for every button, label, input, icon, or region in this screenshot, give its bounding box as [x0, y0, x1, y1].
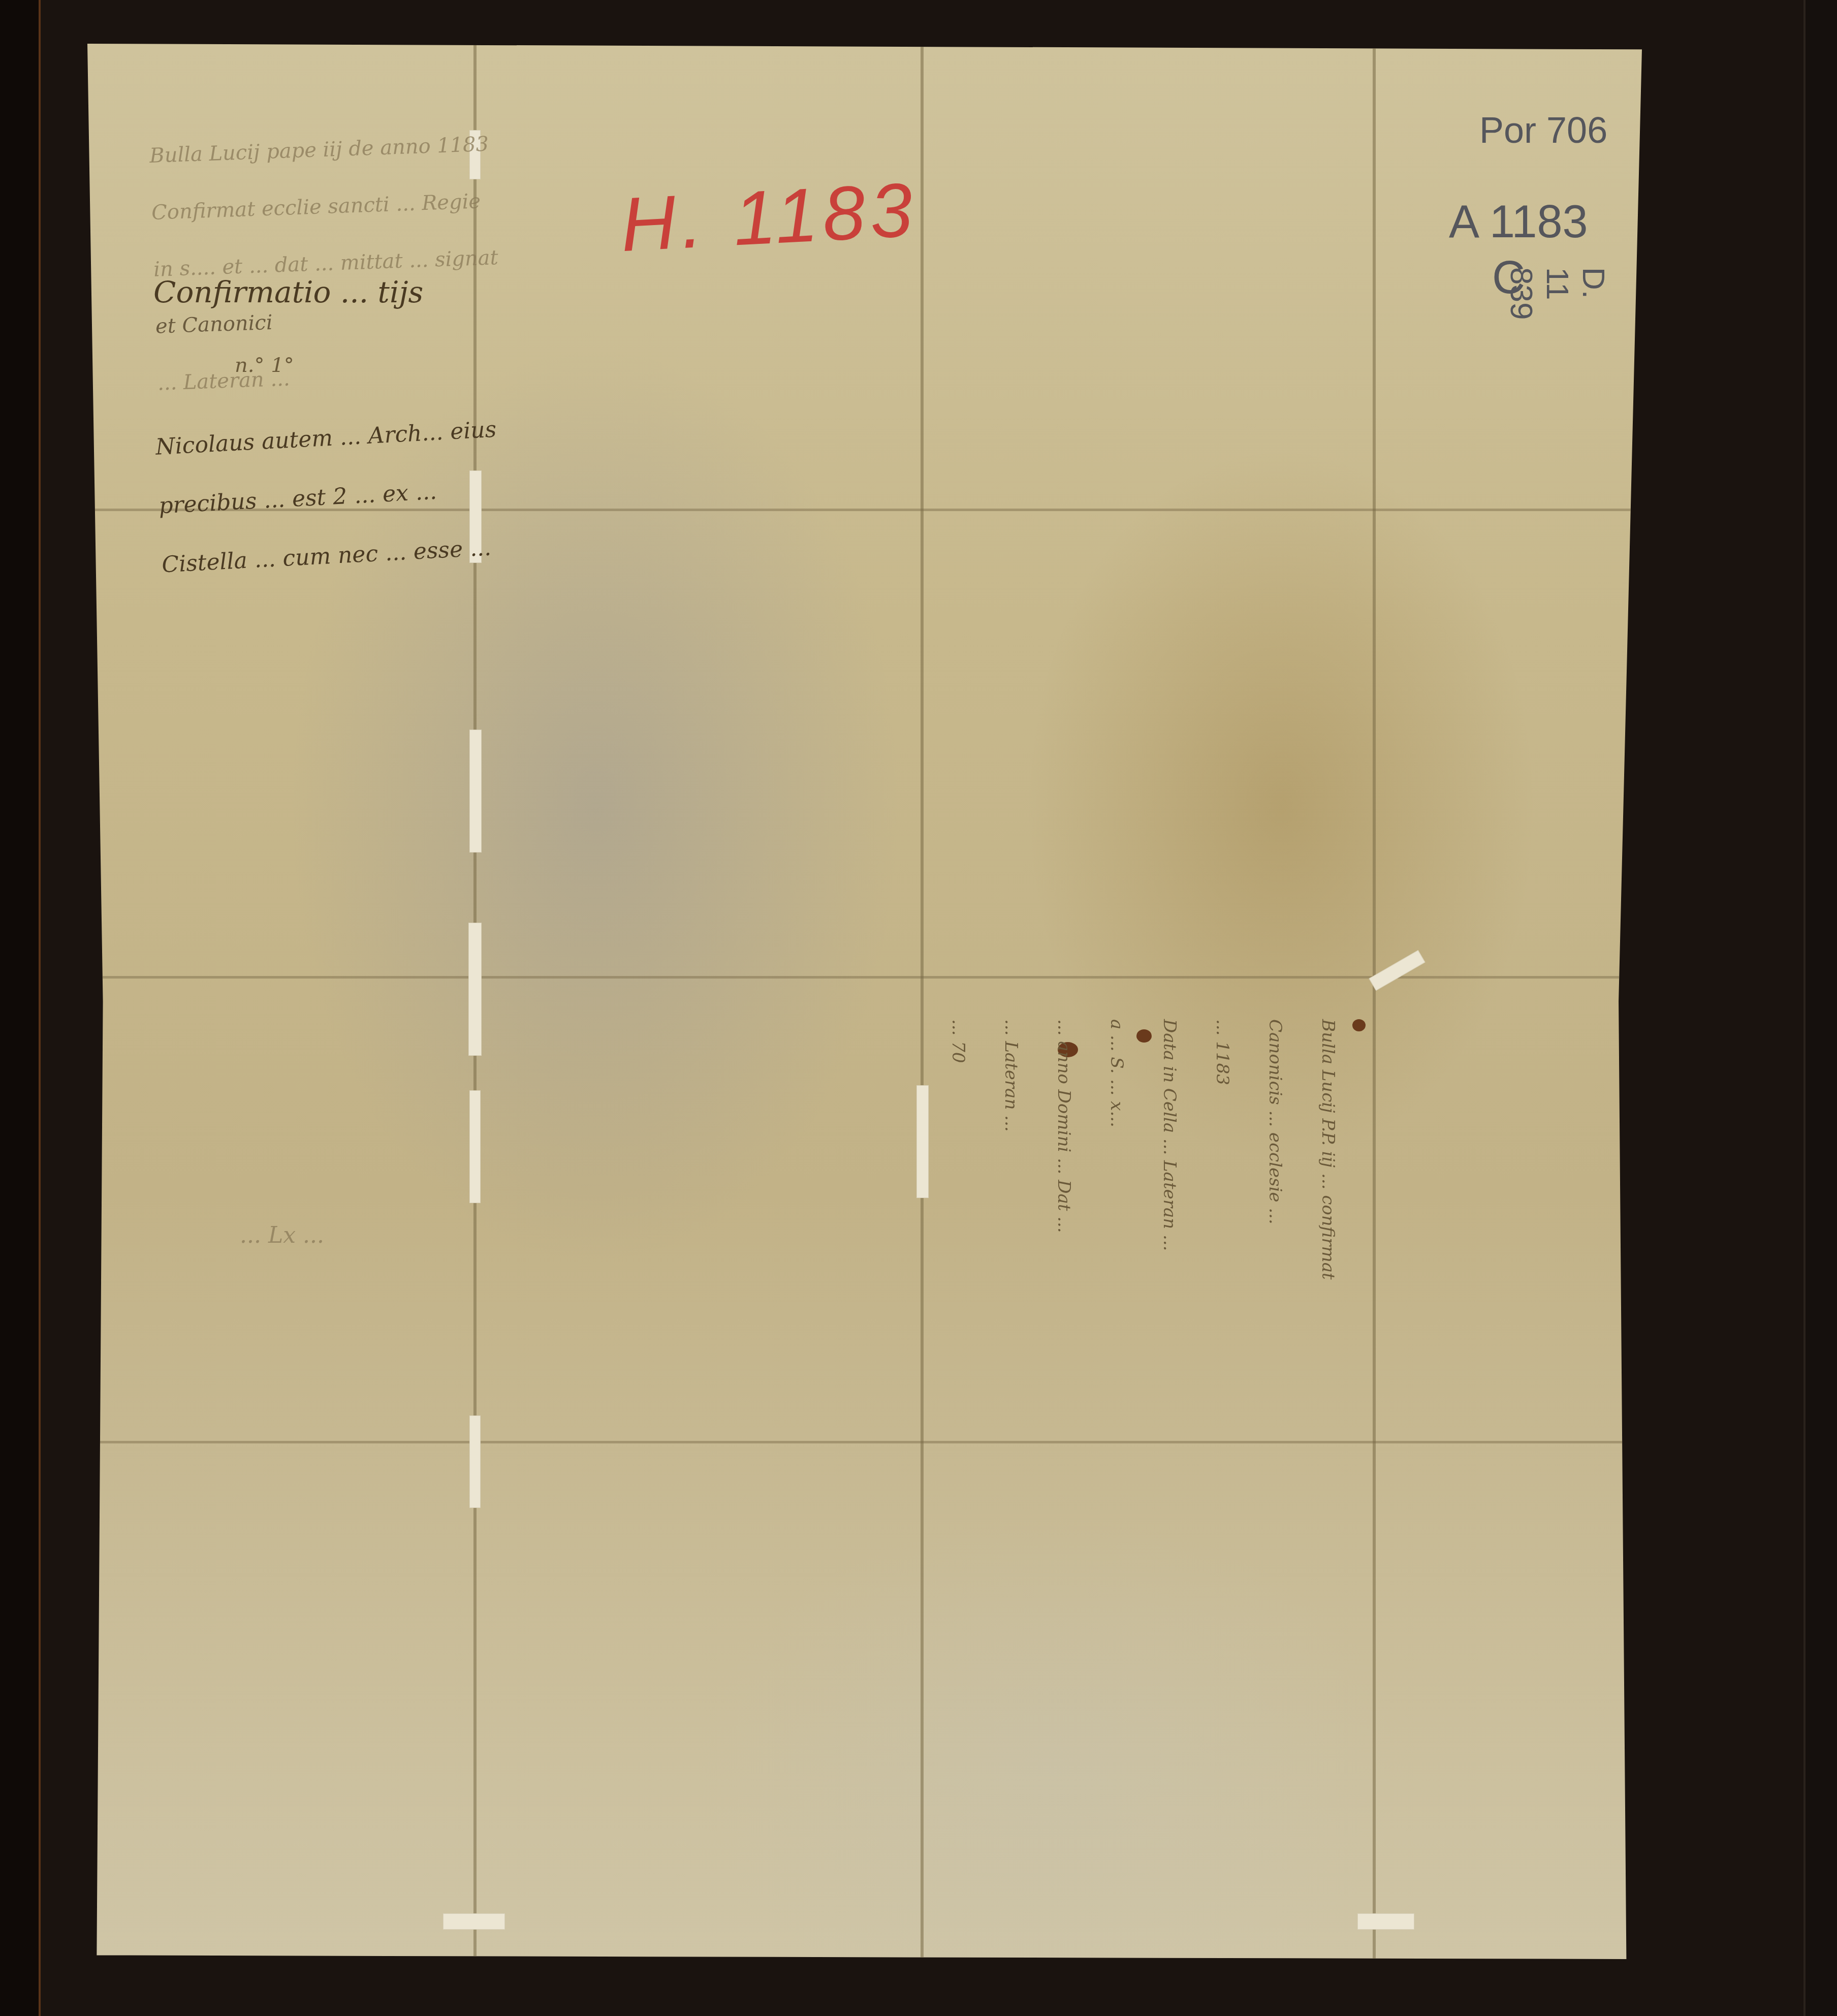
endorsement-line: Confirmat ecclie sancti ... Regie [151, 186, 496, 227]
fold-line-vertical [921, 44, 924, 1959]
endorsement-line: ... Lateran ... [998, 1019, 1024, 1405]
endorsement-line: Nicolaus autem ... Arch... eius [155, 415, 497, 462]
endorsement-top-left: Bulla Lucij pape iij de anno 1183 Confir… [148, 101, 503, 426]
endorsement-line: ... 70 [945, 1019, 971, 1405]
parchment-sheet: H. 1183 Por 706 8 A 1183 C D. 11 839 Bul… [87, 44, 1642, 1959]
scanner-frame-right [1806, 0, 1837, 2016]
endorsement-line: ... 1183 [1209, 1019, 1236, 1405]
number-label: n.° 1° [235, 354, 294, 377]
endorsement-title: Confirmatio ... tijs [153, 275, 423, 309]
ink-stain [433, 1969, 441, 1977]
scanner-frame-left [0, 0, 39, 2016]
endorsement-rotated: Bulla Lucij P.P. iij ... confirmat Canon… [919, 1019, 1368, 1405]
endorsement-line: Data in Cella ... Lateran ... [1156, 1019, 1183, 1405]
fold-line-horizontal [87, 976, 1642, 979]
repair-tape [1357, 1913, 1414, 1930]
faint-endorsement: ... Lx ... [240, 1222, 324, 1248]
endorsement-line: Bulla Lucij pape iij de anno 1183 [149, 130, 494, 170]
fold-line-vertical [1373, 44, 1376, 1959]
ink-stain [1651, 296, 1660, 305]
pencil-corner-number: 8 [1647, 92, 1662, 122]
endorsement-line: precibus ... est 2 ... ex ... [158, 474, 500, 521]
repair-tape [1369, 950, 1426, 991]
repair-tape [443, 1913, 505, 1930]
repair-tape [468, 923, 482, 1056]
red-shelfmark: H. 1183 [619, 166, 920, 269]
endorsement-line: ... anno Domini ... Dat ... [1051, 1019, 1077, 1405]
repair-tape [469, 1090, 481, 1203]
endorsement-middle-left: Nicolaus autem ... Arch... eius precibus… [153, 386, 505, 610]
pencil-vertical-number: D. 11 839 [1503, 267, 1611, 320]
endorsement-line: Cistella ... cum nec ... esse ... [161, 532, 503, 580]
repair-tape [469, 730, 482, 853]
pencil-label-por: Por 706 [1479, 110, 1607, 151]
frame-edge-line [39, 0, 41, 2016]
endorsement-line: a ... S. ... x... [1103, 1019, 1130, 1405]
repair-tape [469, 1415, 481, 1508]
endorsement-line: Canonicis ... ecclesie ... [1262, 1019, 1288, 1405]
fold-line-horizontal [87, 1441, 1642, 1443]
pencil-archive-number: A 1183 [1449, 196, 1588, 248]
endorsement-line: Bulla Lucij P.P. iij ... confirmat [1315, 1019, 1341, 1405]
